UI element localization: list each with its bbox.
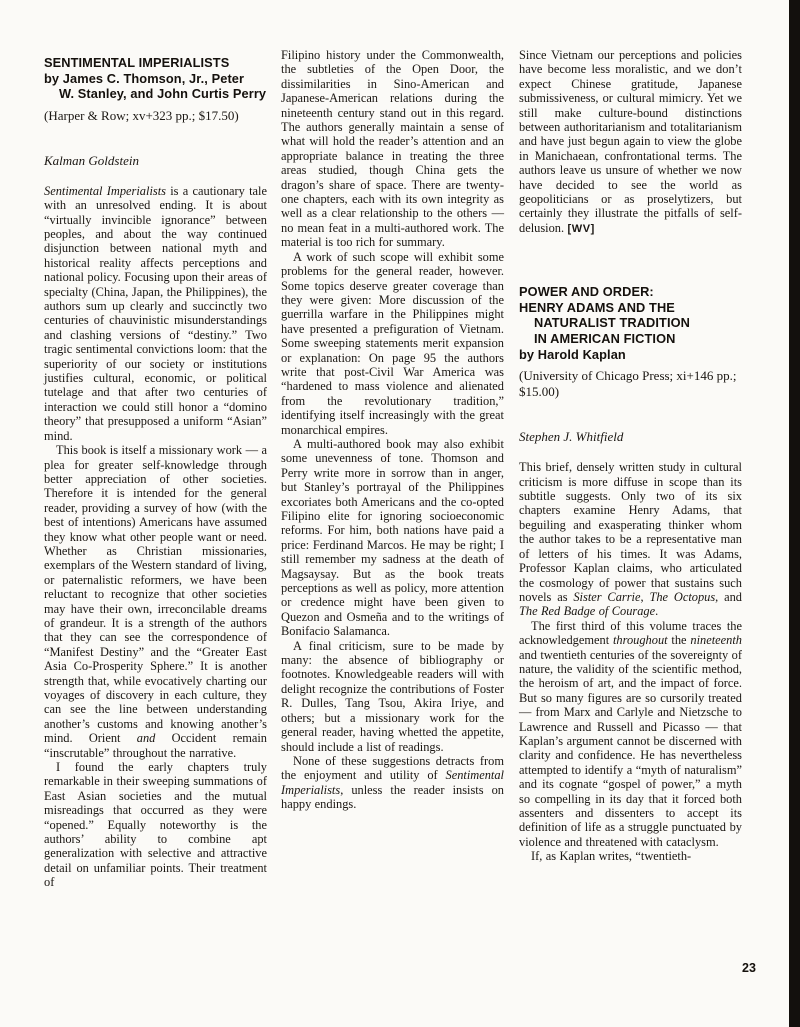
text-run: The Octopus [649, 590, 715, 604]
review-title-line: SENTIMENTAL IMPERIALISTS [44, 55, 267, 71]
text-run: Sentimental Imperialists [44, 184, 166, 198]
paragraph: Sentimental Imperialists is a cautionary… [44, 184, 267, 443]
text-run: . [655, 604, 658, 618]
publication-info: (Harper & Row; xv+323 pp.; $17.50) [44, 108, 267, 124]
text-run: nineteenth [690, 633, 742, 647]
column-middle: Filipino history under the Commonwealth,… [281, 48, 504, 812]
scan-edge-bar [789, 0, 800, 1027]
review-title-line: by Harold Kaplan [519, 347, 742, 363]
text-run: I found the early chapters truly remarka… [44, 760, 267, 889]
text-run: The Red Badge of Courage [519, 604, 655, 618]
text-run: This book is itself a missionary work — … [44, 443, 267, 745]
review-title-line: POWER AND ORDER: [519, 284, 742, 300]
column-right: Since Vietnam our perceptions and polici… [519, 48, 742, 864]
paragraph: Since Vietnam our perceptions and polici… [519, 48, 742, 236]
text-run: Sister Carrie [573, 590, 640, 604]
paragraph: This book is itself a missionary work — … [44, 443, 267, 760]
text-run: is a cautionary tale with an unresolved … [44, 184, 267, 443]
review-title-line: NATURALIST TRADITION [519, 315, 742, 331]
paragraph: The first third of this volume traces th… [519, 619, 742, 850]
paragraph: If, as Kaplan writes, “twentieth- [519, 849, 742, 863]
paragraph: None of these suggestions detracts from … [281, 754, 504, 812]
text-run: A work of such scope will exhibit some p… [281, 250, 504, 437]
column-left: SENTIMENTAL IMPERIALISTSby James C. Thom… [44, 55, 267, 890]
paragraph: A multi-authored book may also exhibit s… [281, 437, 504, 639]
text-run: and [137, 731, 156, 745]
paragraph: Filipino history under the Commonwealth,… [281, 48, 504, 250]
paragraph: A final criticism, sure to be made by ma… [281, 639, 504, 754]
end-of-article-mark: [WV] [567, 223, 594, 235]
text-run: A multi-authored book may also exhibit s… [281, 437, 504, 638]
text-run: If, as Kaplan writes, “twentieth- [531, 849, 691, 863]
paragraph: I found the early chapters truly remarka… [44, 760, 267, 890]
magazine-page: SENTIMENTAL IMPERIALISTSby James C. Thom… [0, 0, 800, 1027]
text-run: Since Vietnam our perceptions and polici… [519, 48, 742, 235]
text-run: A final criticism, sure to be made by ma… [281, 639, 504, 754]
page-number: 23 [742, 961, 756, 975]
paragraph: A work of such scope will exhibit some p… [281, 250, 504, 437]
text-run: Filipino history under the Commonwealth,… [281, 48, 504, 249]
paragraph: This brief, densely written study in cul… [519, 460, 742, 618]
reviewer-name: Kalman Goldstein [44, 153, 267, 169]
text-run: throughout [613, 633, 668, 647]
text-run: and twentieth centuries of the sovereign… [519, 648, 742, 849]
review-title-line: IN AMERICAN FICTION [519, 331, 742, 347]
review-title-line: by James C. Thomson, Jr., Peter [44, 71, 267, 87]
reviewer-name: Stephen J. Whitfield [519, 429, 742, 445]
review-title-line: HENRY ADAMS AND THE [519, 300, 742, 316]
text-run: This brief, densely written study in cul… [519, 460, 742, 604]
text-run: the [668, 633, 691, 647]
text-run: , and [715, 590, 742, 604]
publication-info: (University of Chicago Press; xi+146 pp.… [519, 368, 742, 400]
review-title-line: W. Stanley, and John Curtis Perry [44, 86, 267, 102]
review-title: SENTIMENTAL IMPERIALISTSby James C. Thom… [44, 55, 267, 102]
review-title: POWER AND ORDER:HENRY ADAMS AND THENATUR… [519, 284, 742, 362]
